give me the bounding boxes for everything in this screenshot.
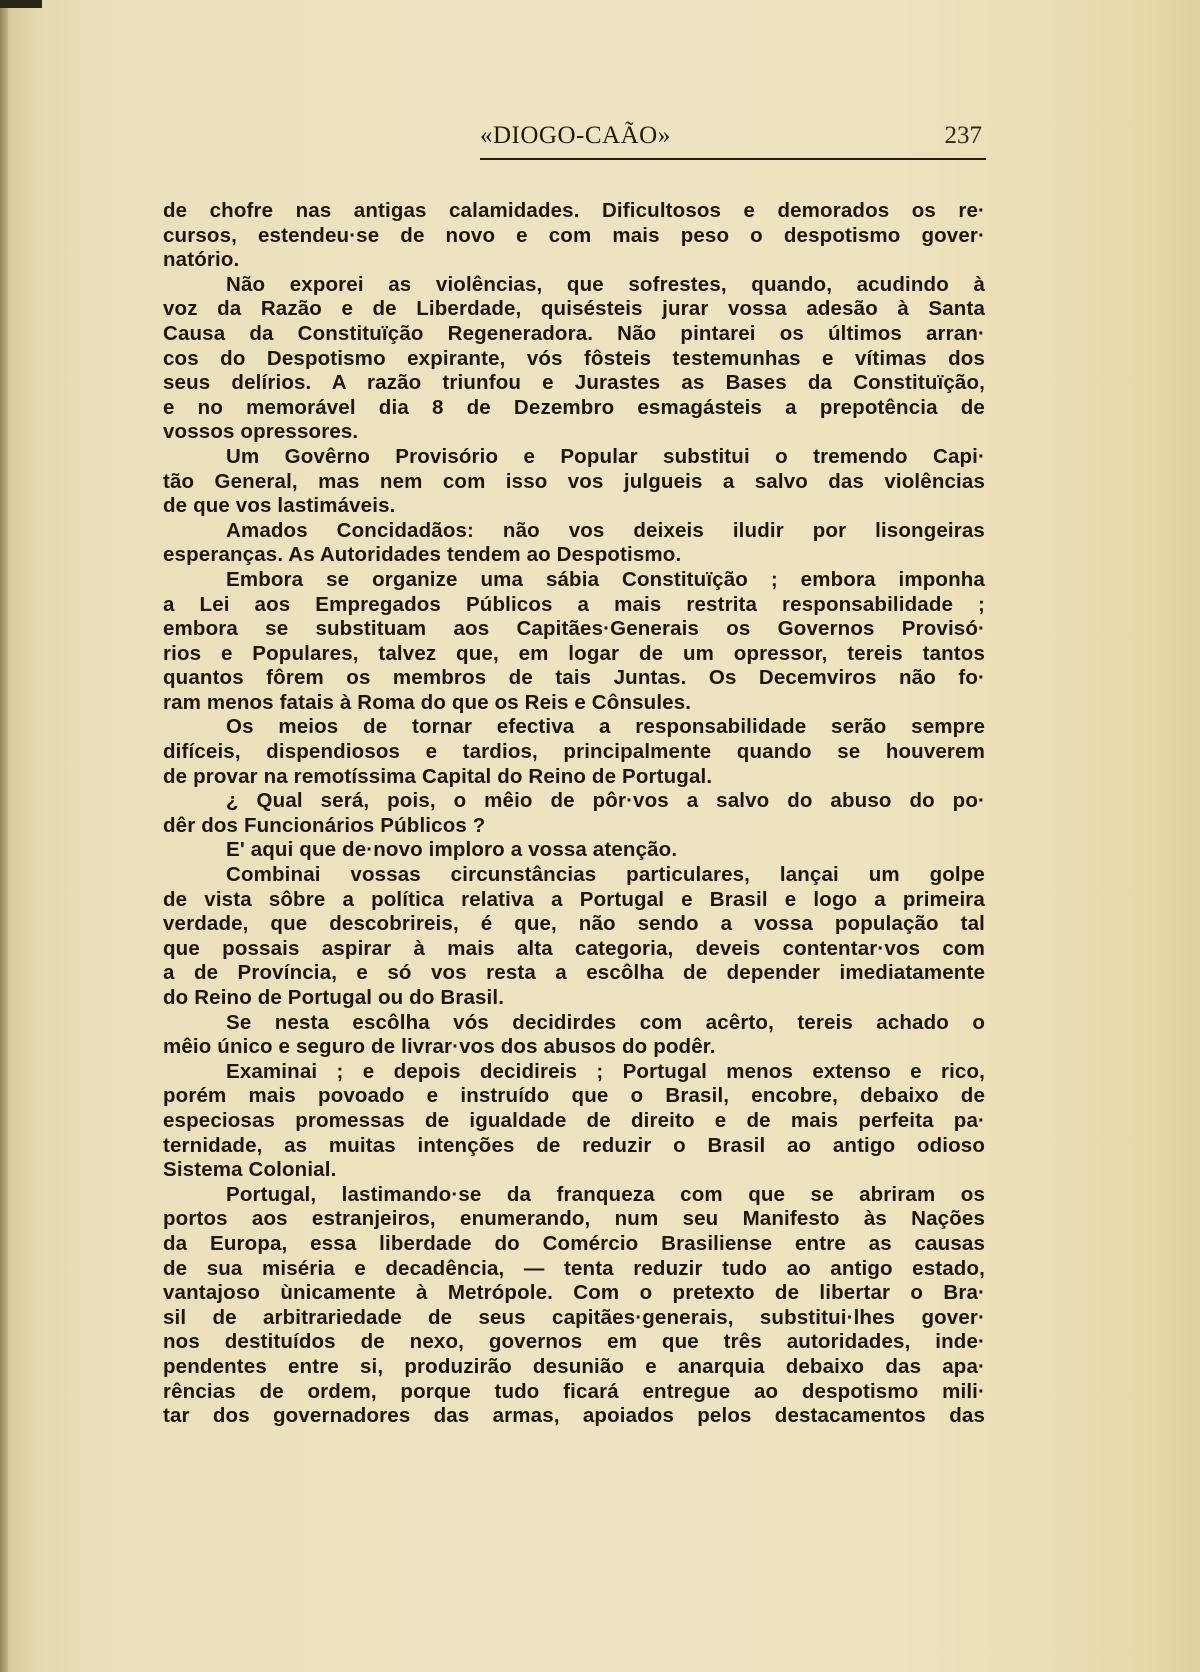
text-line: rências de ordem, porque tudo ficará ent… bbox=[163, 1380, 985, 1405]
text-line: sil de arbitrariedade de seus capitães·g… bbox=[163, 1306, 985, 1331]
text-line: esperanças. As Autoridades tendem ao Des… bbox=[163, 543, 985, 568]
text-line: a Lei aos Empregados Públicos a mais res… bbox=[163, 593, 985, 618]
text-line: portos aos estranjeiros, enumerando, num… bbox=[163, 1207, 985, 1232]
text-line: mêio único e seguro de livrar·vos dos ab… bbox=[163, 1035, 985, 1060]
text-line: voz da Razão e de Liberdade, quisésteis … bbox=[163, 297, 985, 322]
text-line: de sua miséria e decadência, — tenta red… bbox=[163, 1257, 985, 1282]
text-line: ¿ Qual será, pois, o mêio de pôr·vos a s… bbox=[163, 789, 985, 814]
text-line: difíceis, dispendiosos e tardios, princi… bbox=[163, 740, 985, 765]
text-line: Se nesta escôlha vós decidirdes com acêr… bbox=[163, 1011, 985, 1036]
text-line: Portugal, lastimando·se da franqueza com… bbox=[163, 1183, 985, 1208]
text-line: vossos opressores. bbox=[163, 420, 985, 445]
text-line: especiosas promessas de igualdade de dir… bbox=[163, 1109, 985, 1134]
text-line: cursos, estendeu·se de novo e com mais p… bbox=[163, 224, 985, 249]
text-line: Os meios de tornar efectiva a responsabi… bbox=[163, 715, 985, 740]
text-line: Examinai ; e depois decidireis ; Portuga… bbox=[163, 1060, 985, 1085]
scan-corner-edge bbox=[0, 0, 42, 8]
text-line: Um Govêrno Provisório e Popular substitu… bbox=[163, 445, 985, 470]
text-line: dêr dos Funcionários Públicos ? bbox=[163, 814, 985, 839]
text-line: Amados Concidadãos: não vos deixeis ilud… bbox=[163, 519, 985, 544]
text-line: embora se substituam aos Capitães·Genera… bbox=[163, 617, 985, 642]
text-line: E' aqui que de·novo imploro a vossa aten… bbox=[163, 838, 985, 863]
text-line: rios e Populares, talvez que, em logar d… bbox=[163, 642, 985, 667]
text-line: quantos fôrem os membros de tais Juntas.… bbox=[163, 666, 985, 691]
text-line: porém mais povoado e instruído que o Bra… bbox=[163, 1084, 985, 1109]
header-rule bbox=[480, 158, 986, 160]
text-line: de vista sôbre a política relativa a Por… bbox=[163, 888, 985, 913]
text-line: e no memorável dia 8 de Dezembro esmagás… bbox=[163, 396, 985, 421]
text-line: Causa da Constituïção Regeneradora. Não … bbox=[163, 322, 985, 347]
running-title: «DIOGO-CAÃO» bbox=[480, 122, 671, 150]
text-line: da Europa, essa liberdade do Comércio Br… bbox=[163, 1232, 985, 1257]
text-line: nos destituídos de nexo, governos em que… bbox=[163, 1330, 985, 1355]
page-number: 237 bbox=[945, 122, 983, 150]
page-header: «DIOGO-CAÃO» 237 bbox=[480, 118, 986, 160]
text-line: Embora se organize uma sábia Constituïçã… bbox=[163, 568, 985, 593]
text-line: pendentes entre si, produzirão desunião … bbox=[163, 1355, 985, 1380]
body-text: de chofre nas antigas calamidades. Dific… bbox=[163, 199, 985, 1429]
text-line: de chofre nas antigas calamidades. Dific… bbox=[163, 199, 985, 224]
text-line: seus delírios. A razão triunfou e Jurast… bbox=[163, 371, 985, 396]
text-line: Não exporei as violências, que sofrestes… bbox=[163, 273, 985, 298]
text-line: a de Província, e só vos resta a escôlha… bbox=[163, 961, 985, 986]
text-line: ternidade, as muitas intenções de reduzi… bbox=[163, 1134, 985, 1159]
text-line: cos do Despotismo expirante, vós fôsteis… bbox=[163, 347, 985, 372]
text-line: tar dos governadores das armas, apoiados… bbox=[163, 1404, 985, 1429]
text-line: tão General, mas nem com isso vos julgue… bbox=[163, 470, 985, 495]
text-line: do Reino de Portugal ou do Brasil. bbox=[163, 986, 985, 1011]
text-line: vantajoso ùnicamente à Metrópole. Com o … bbox=[163, 1281, 985, 1306]
text-line: de provar na remotíssima Capital do Rein… bbox=[163, 765, 985, 790]
text-line: de que vos lastimáveis. bbox=[163, 494, 985, 519]
text-line: ram menos fatais à Roma do que os Reis e… bbox=[163, 691, 985, 716]
text-line: Combinai vossas circunstâncias particula… bbox=[163, 863, 985, 888]
text-line: Sistema Colonial. bbox=[163, 1158, 985, 1183]
book-page: «DIOGO-CAÃO» 237 de chofre nas antigas c… bbox=[0, 0, 1200, 1672]
text-line: verdade, que descobrireis, é que, não se… bbox=[163, 912, 985, 937]
text-line: natório. bbox=[163, 248, 985, 273]
text-line: que possais aspirar à mais alta categori… bbox=[163, 937, 985, 962]
binding-gutter-shadow bbox=[0, 0, 8, 1672]
